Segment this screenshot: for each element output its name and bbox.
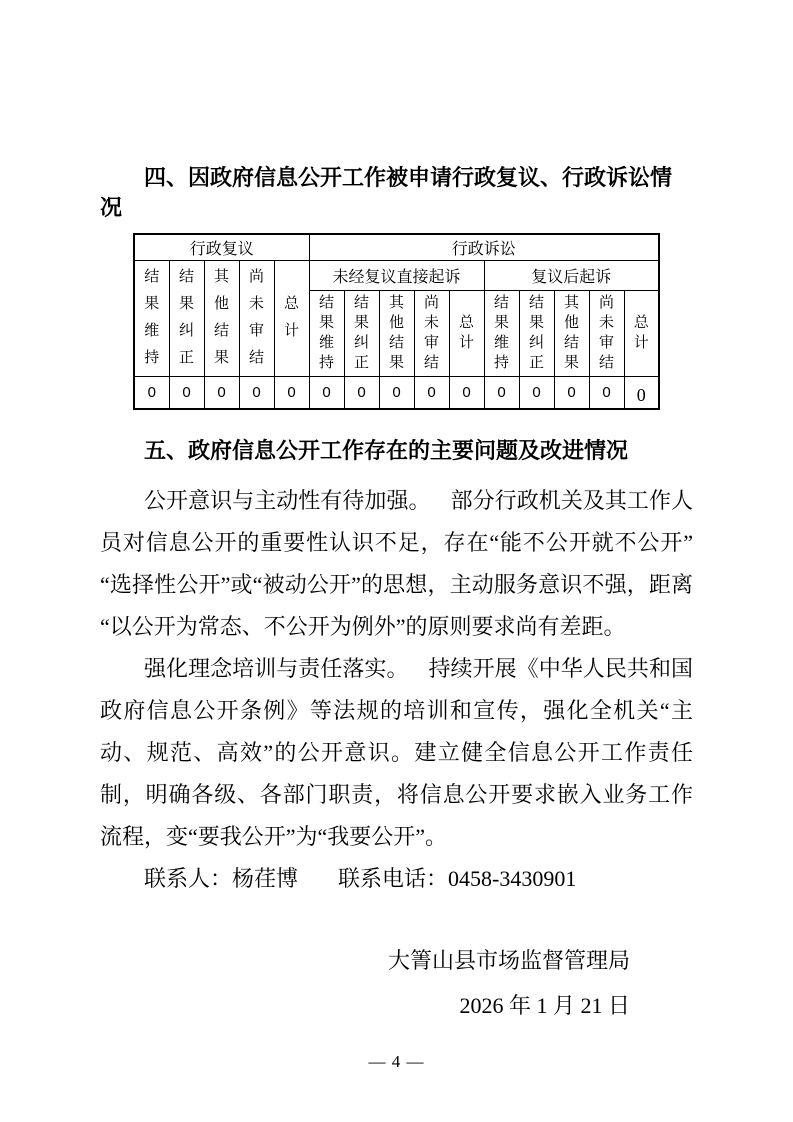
value-cell: 0 xyxy=(204,376,239,409)
paragraph-lead: 强化理念培训与责任落实。 xyxy=(144,656,409,681)
contact-person-label: 联系人： xyxy=(144,866,232,891)
column-header-result-corrected: 结果纠正 xyxy=(169,260,204,376)
page-number: — 4 — xyxy=(100,1052,693,1072)
column-header-result-upheld: 结果维持 xyxy=(484,290,519,376)
signature-date: 2026 年 1 月 21 日 xyxy=(100,983,630,1028)
value-cell: 0 xyxy=(169,376,204,409)
column-header-other-result: 其他结果 xyxy=(379,290,414,376)
column-header-result-upheld: 结果维持 xyxy=(309,290,344,376)
table-value-row: 0 0 0 0 0 0 0 0 0 0 0 0 0 0 0 xyxy=(134,376,659,409)
column-header-result-corrected: 结果纠正 xyxy=(344,290,379,376)
column-header-text: 结果维持 xyxy=(144,264,160,372)
value-cell: 0 xyxy=(484,376,519,409)
column-header-text: 其他结果 xyxy=(214,264,230,372)
column-header-text: 其他结果 xyxy=(389,293,405,373)
paragraph-lead: 公开意识与主动性有待加强。 xyxy=(144,488,431,513)
column-header-text: 总计 xyxy=(284,291,300,345)
table-subheader-row: 结果维持 结果纠正 其他结果 尚未审结 总计 未经复议直接起诉 复议后起诉 xyxy=(134,260,659,290)
column-header-total: 总计 xyxy=(624,290,659,376)
value-cell: 0 xyxy=(274,376,309,409)
value-cell: 0 xyxy=(309,376,344,409)
column-header-text: 尚未审结 xyxy=(249,264,265,372)
value-cell: 0 xyxy=(414,376,449,409)
column-header-result-upheld: 结果维持 xyxy=(134,260,169,376)
column-header-text: 结果纠正 xyxy=(179,264,195,372)
section5-heading: 五、政府信息公开工作存在的主要问题及改进情况 xyxy=(100,436,693,466)
column-header-pending: 尚未审结 xyxy=(589,290,624,376)
value-cell: 0 xyxy=(519,376,554,409)
value-cell: 0 xyxy=(344,376,379,409)
paragraph-awareness: 公开意识与主动性有待加强。部分行政机关及其工作人员对信息公开的重要性认识不足，存… xyxy=(100,480,693,648)
litigation-group-header: 行政诉讼 xyxy=(309,234,659,260)
direct-litigation-subheader: 未经复议直接起诉 xyxy=(309,260,484,290)
value-cell: 0 xyxy=(449,376,484,409)
column-header-text: 结果维持 xyxy=(494,293,510,373)
contact-phone-label: 联系电话： xyxy=(338,866,448,891)
column-header-text: 结果维持 xyxy=(319,293,335,373)
document-page: 四、因政府信息公开工作被申请行政复议、行政诉讼情况 行政复议 行政诉讼 结果维持… xyxy=(0,0,793,1122)
value-cell: 0 xyxy=(624,376,659,409)
column-header-text: 总计 xyxy=(459,313,475,353)
column-header-total: 总计 xyxy=(274,260,309,376)
table-group-header-row: 行政复议 行政诉讼 xyxy=(134,234,659,260)
signature-block: 大箐山县市场监督管理局 2026 年 1 月 21 日 xyxy=(100,938,693,1028)
column-header-other-result: 其他结果 xyxy=(204,260,239,376)
column-header-text: 总计 xyxy=(633,313,649,353)
column-header-result-corrected: 结果纠正 xyxy=(519,290,554,376)
contact-person-name: 杨荏博 xyxy=(232,866,298,891)
value-cell: 0 xyxy=(589,376,624,409)
contact-line: 联系人：杨荏博联系电话：0458-3430901 xyxy=(100,858,693,900)
contact-phone-number: 0458-3430901 xyxy=(448,866,576,891)
column-header-text: 尚未审结 xyxy=(424,293,440,373)
review-litigation-table: 行政复议 行政诉讼 结果维持 结果纠正 其他结果 尚未审结 总计 未经复议直接起… xyxy=(133,233,660,410)
column-header-total: 总计 xyxy=(449,290,484,376)
column-header-pending: 尚未审结 xyxy=(239,260,274,376)
value-cell: 0 xyxy=(379,376,414,409)
column-header-other-result: 其他结果 xyxy=(554,290,589,376)
post-reconsideration-subheader: 复议后起诉 xyxy=(484,260,659,290)
column-header-text: 尚未审结 xyxy=(599,293,615,373)
column-header-text: 结果纠正 xyxy=(354,293,370,373)
column-header-pending: 尚未审结 xyxy=(414,290,449,376)
reconsideration-group-header: 行政复议 xyxy=(134,234,309,260)
paragraph-training: 强化理念培训与责任落实。持续开展《中华人民共和国政府信息公开条例》等法规的培训和… xyxy=(100,648,693,858)
paragraph-body: 持续开展《中华人民共和国政府信息公开条例》等法规的培训和宣传，强化全机关“主动、… xyxy=(100,656,693,849)
section4-heading: 四、因政府信息公开工作被申请行政复议、行政诉讼情况 xyxy=(100,0,693,223)
value-cell: 0 xyxy=(134,376,169,409)
value-cell: 0 xyxy=(239,376,274,409)
column-header-text: 其他结果 xyxy=(564,293,580,373)
value-cell: 0 xyxy=(554,376,589,409)
column-header-text: 结果纠正 xyxy=(529,293,545,373)
signature-organization: 大箐山县市场监督管理局 xyxy=(100,938,630,983)
